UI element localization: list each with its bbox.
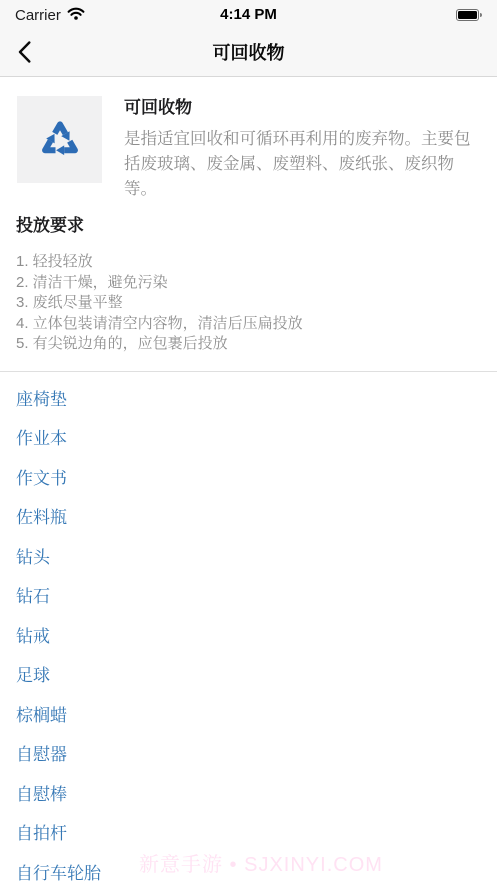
- category-description: 是指适宜回收和可循环再利用的废弃物。主要包括废玻璃、废金属、废塑料、废纸张、废织…: [124, 127, 481, 202]
- recyclable-item-link[interactable]: 佐料瓶: [0, 496, 497, 536]
- requirement-item: 3. 废纸尽量平整: [16, 293, 481, 314]
- status-left-group: Carrier: [15, 7, 85, 24]
- status-right-group: [456, 9, 482, 21]
- recyclable-item-link[interactable]: 钻石: [0, 575, 497, 615]
- app-screen: Carrier 4:14 PM: [0, 0, 497, 883]
- recyclable-item-link[interactable]: 棕榈蜡: [0, 694, 497, 734]
- status-bar: Carrier 4:14 PM: [0, 0, 497, 28]
- requirement-item: 5. 有尖锐边角的，应包裹后投放: [16, 334, 481, 355]
- requirement-item: 4. 立体包装请清空内容物，清洁后压扁投放: [16, 314, 481, 335]
- category-title: 可回收物: [124, 97, 481, 119]
- battery-icon: [456, 9, 482, 21]
- requirements-list: 1. 轻投轻放 2. 清洁干燥，避免污染 3. 废纸尽量平整 4. 立体包装请清…: [16, 252, 481, 355]
- requirement-item: 1. 轻投轻放: [16, 252, 481, 273]
- recyclable-item-link[interactable]: 自行车轮胎: [0, 852, 497, 883]
- recyclable-item-link[interactable]: 自拍杆: [0, 812, 497, 852]
- chevron-left-icon: [18, 41, 31, 63]
- recyclable-item-link[interactable]: 作文书: [0, 457, 497, 497]
- page-title: 可回收物: [213, 39, 285, 65]
- content: 可回收物 是指适宜回收和可循环再利用的废弃物。主要包括废玻璃、废金属、废塑料、废…: [0, 96, 497, 883]
- recyclable-item-link[interactable]: 足球: [0, 654, 497, 694]
- category-text-block: 可回收物 是指适宜回收和可循环再利用的废弃物。主要包括废玻璃、废金属、废塑料、废…: [124, 96, 481, 202]
- recyclable-item-link[interactable]: 钻头: [0, 536, 497, 576]
- recyclable-item-link[interactable]: 自慰器: [0, 733, 497, 773]
- requirement-item: 2. 清洁干燥，避免污染: [16, 273, 481, 294]
- category-info-card: 可回收物 是指适宜回收和可循环再利用的废弃物。主要包括废玻璃、废金属、废塑料、废…: [17, 96, 481, 202]
- recyclable-item-link[interactable]: 自慰棒: [0, 773, 497, 813]
- requirements-section: 投放要求 1. 轻投轻放 2. 清洁干燥，避免污染 3. 废纸尽量平整 4. 立…: [16, 214, 481, 355]
- requirements-heading: 投放要求: [16, 214, 481, 238]
- recyclable-item-list: 座椅垫 作业本 作文书 佐料瓶 钻头 钻石 钻戒 足球 棕榈蜡 自慰器 自慰棒: [0, 372, 497, 883]
- back-button[interactable]: [8, 28, 41, 76]
- recycle-icon: [17, 96, 102, 183]
- nav-bar: 可回收物: [0, 28, 497, 76]
- recyclable-item-link[interactable]: 钻戒: [0, 615, 497, 655]
- recyclable-item-link[interactable]: 座椅垫: [0, 378, 497, 418]
- recyclable-item-link[interactable]: 作业本: [0, 417, 497, 457]
- header: Carrier 4:14 PM: [0, 0, 497, 77]
- wifi-icon: [67, 7, 85, 24]
- carrier-label: Carrier: [15, 7, 61, 24]
